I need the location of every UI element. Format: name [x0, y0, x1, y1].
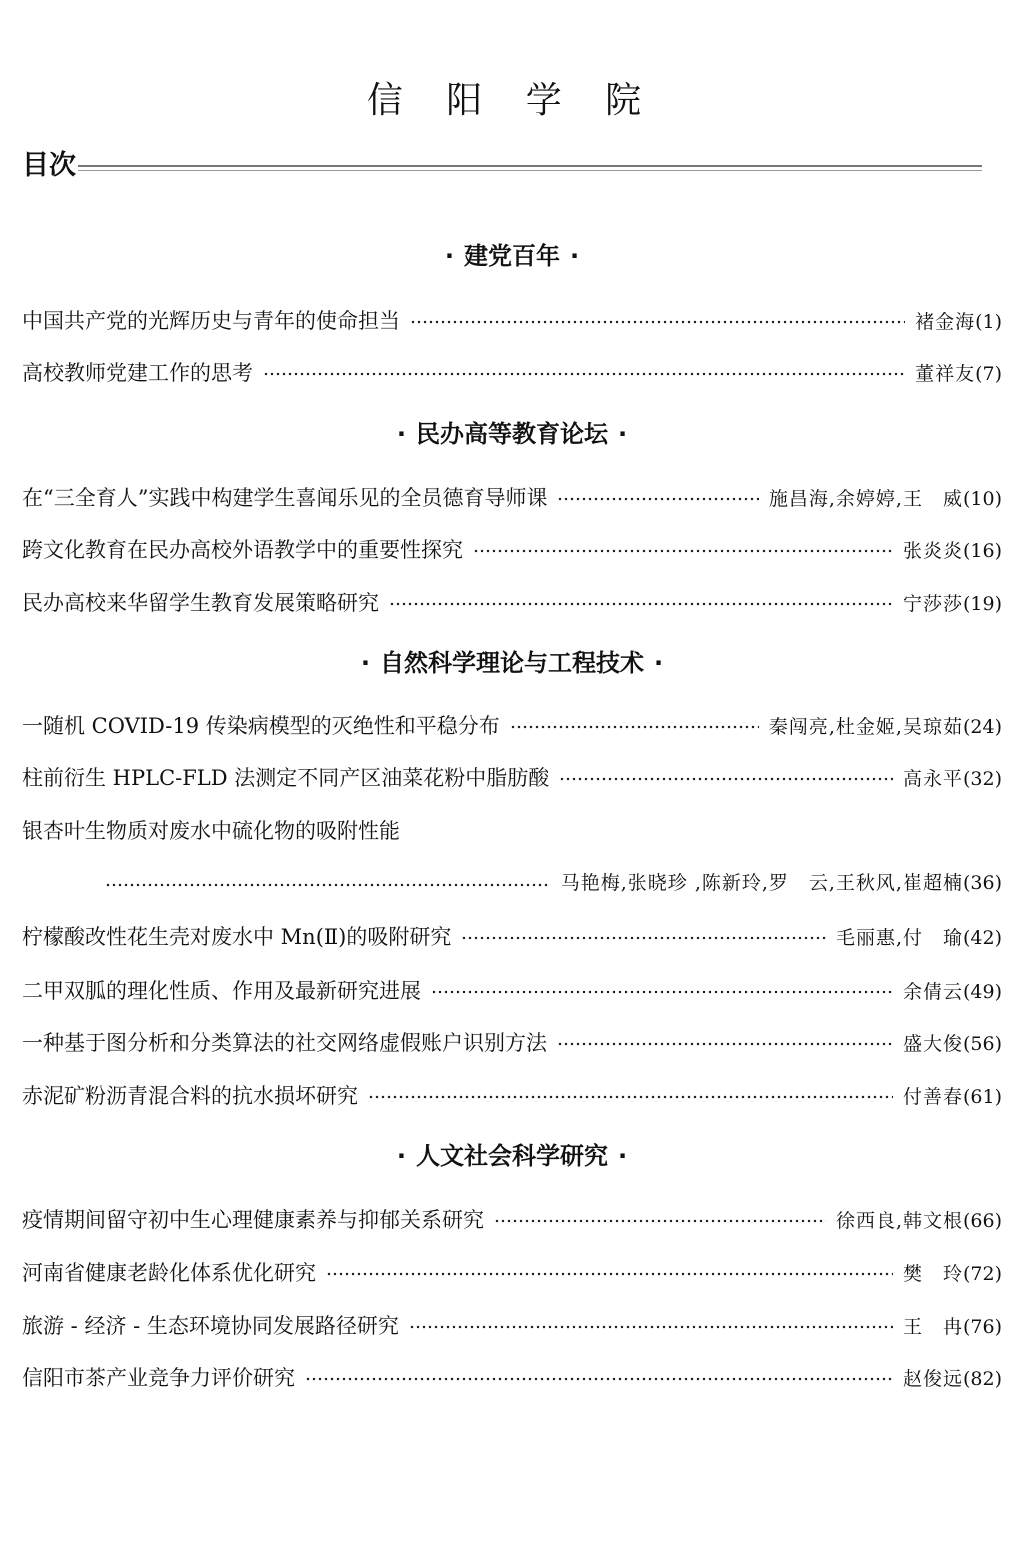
dot-leader	[368, 1095, 893, 1099]
page-number: (19)	[963, 593, 1002, 615]
dot-leader	[431, 990, 893, 994]
dot-leader	[326, 1272, 893, 1276]
bullet-dot-icon: ·	[618, 1142, 627, 1170]
article-authors: 宁莎莎	[903, 589, 963, 616]
article-authors: 马艳梅,张晓珍 ,陈新玲,罗 云,王秋风,崔超楠	[561, 868, 963, 895]
journal-title: 信 阳 学 院	[0, 72, 1024, 123]
article-title[interactable]: 河南省健康老龄化体系优化研究	[22, 1257, 316, 1287]
page-number: (66)	[963, 1210, 1002, 1232]
bullet-dot-icon: ·	[654, 649, 663, 677]
bullet-dot-icon: ·	[361, 649, 370, 677]
dot-leader	[473, 549, 893, 553]
section-heading-label: 建党百年	[464, 242, 560, 270]
article-authors: 徐西良,韩文根	[836, 1206, 963, 1233]
page-number: (72)	[963, 1263, 1002, 1285]
toc-entry[interactable]: 民办高校来华留学生教育发展策略研究 宁莎莎 (19)	[22, 587, 1002, 621]
page-number: (76)	[963, 1316, 1002, 1338]
dot-leader	[559, 777, 893, 781]
article-title[interactable]: 二甲双胍的理化性质、作用及最新研究进展	[22, 975, 421, 1005]
article-authors: 张炎炎	[903, 536, 963, 563]
dot-leader	[389, 602, 893, 606]
section-heading-label: 自然科学理论与工程技术	[380, 649, 644, 677]
article-title[interactable]: 一随机 COVID-19 传染病模型的灭绝性和平稳分布	[22, 710, 500, 740]
bullet-dot-icon: ·	[570, 242, 579, 270]
section-heading-party-centenary: ·建党百年·	[0, 236, 1024, 271]
article-authors: 高永平	[903, 764, 963, 791]
toc-entry[interactable]: 二甲双胍的理化性质、作用及最新研究进展 余倩云 (49)	[22, 975, 1002, 1009]
article-title[interactable]: 赤泥矿粉沥青混合料的抗水损坏研究	[22, 1080, 358, 1110]
toc-entry[interactable]: 河南省健康老龄化体系优化研究 樊 玲 (72)	[22, 1257, 1002, 1291]
toc-entry[interactable]: 柱前衍生 HPLC-FLD 法测定不同产区油菜花粉中脂肪酸 高永平 (32)	[22, 762, 1002, 796]
toc-entry[interactable]: 信阳市茶产业竞争力评价研究 赵俊远 (82)	[22, 1362, 1002, 1396]
article-title[interactable]: 中国共产党的光辉历史与青年的使命担当	[22, 305, 400, 335]
bullet-dot-icon: ·	[397, 420, 406, 448]
double-rule-divider	[78, 165, 982, 171]
toc-entry[interactable]: 疫情期间留守初中生心理健康素养与抑郁关系研究 徐西良,韩文根 (66)	[22, 1204, 1002, 1238]
article-authors: 余倩云	[903, 977, 963, 1004]
article-authors: 毛丽惠,付 瑜	[836, 923, 963, 950]
article-title[interactable]: 旅游 - 经济 - 生态环境协同发展路径研究	[22, 1310, 399, 1340]
article-title[interactable]: 柠檬酸改性花生壳对废水中 Mn(Ⅱ)的吸附研究	[22, 921, 451, 951]
toc-entry[interactable]: 赤泥矿粉沥青混合料的抗水损坏研究 付善春 (61)	[22, 1080, 1002, 1114]
toc-entry[interactable]: 在“三全育人”实践中构建学生喜闻乐见的全员德育导师课 施昌海,余婷婷,王 威 (…	[22, 482, 1002, 516]
toc-entry[interactable]: 旅游 - 经济 - 生态环境协同发展路径研究 王 冉 (76)	[22, 1310, 1002, 1344]
dot-leader	[263, 372, 905, 376]
page-number: (1)	[975, 311, 1002, 333]
page-number: (56)	[963, 1033, 1002, 1055]
article-authors: 樊 玲	[903, 1259, 963, 1286]
toc-entry[interactable]: 跨文化教育在民办高校外语教学中的重要性探究 张炎炎 (16)	[22, 534, 1002, 568]
dot-leader	[105, 883, 551, 887]
page-number: (24)	[963, 716, 1002, 738]
article-title[interactable]: 柱前衍生 HPLC-FLD 法测定不同产区油菜花粉中脂肪酸	[22, 762, 549, 792]
article-authors: 付善春	[903, 1082, 963, 1109]
dot-leader	[461, 936, 826, 940]
article-title[interactable]: 高校教师党建工作的思考	[22, 357, 253, 387]
dot-leader	[494, 1219, 826, 1223]
bullet-dot-icon: ·	[397, 1142, 406, 1170]
toc-page: 信 阳 学 院 目次 ·建党百年· 中国共产党的光辉历史与青年的使命担当 褚金海…	[0, 0, 1024, 1557]
toc-entry[interactable]: 柠檬酸改性花生壳对废水中 Mn(Ⅱ)的吸附研究 毛丽惠,付 瑜 (42)	[22, 921, 1002, 955]
page-number: (32)	[963, 768, 1002, 790]
page-number: (7)	[975, 363, 1002, 385]
article-authors: 盛大俊	[903, 1029, 963, 1056]
dot-leader	[557, 1042, 893, 1046]
bullet-dot-icon: ·	[618, 420, 627, 448]
article-title[interactable]: 一种基于图分析和分类算法的社交网络虚假账户识别方法	[22, 1027, 547, 1057]
page-number: (10)	[963, 488, 1002, 510]
dot-leader	[557, 497, 758, 501]
section-heading-humanities-social-sciences: ·人文社会科学研究·	[0, 1136, 1024, 1171]
section-heading-natural-science-engineering: ·自然科学理论与工程技术·	[0, 643, 1024, 678]
toc-entry[interactable]: 中国共产党的光辉历史与青年的使命担当 褚金海 (1)	[22, 305, 1002, 339]
article-title[interactable]: 疫情期间留守初中生心理健康素养与抑郁关系研究	[22, 1204, 484, 1234]
article-title[interactable]: 在“三全育人”实践中构建学生喜闻乐见的全员德育导师课	[22, 482, 547, 512]
toc-label: 目次	[22, 143, 76, 182]
section-heading-private-higher-education: ·民办高等教育论坛·	[0, 414, 1024, 449]
page-number: (42)	[963, 927, 1002, 949]
bullet-dot-icon: ·	[445, 242, 454, 270]
toc-entry[interactable]: 一种基于图分析和分类算法的社交网络虚假账户识别方法 盛大俊 (56)	[22, 1027, 1002, 1061]
toc-entry[interactable]: 一随机 COVID-19 传染病模型的灭绝性和平稳分布 秦闯亮,杜金姬,吴琼茹 …	[22, 710, 1002, 744]
article-authors: 施昌海,余婷婷,王 威	[769, 484, 963, 511]
page-number: (16)	[963, 540, 1002, 562]
dot-leader	[409, 1325, 893, 1329]
article-authors: 秦闯亮,杜金姬,吴琼茹	[769, 712, 963, 739]
article-authors: 褚金海	[915, 307, 975, 334]
page-number: (49)	[963, 981, 1002, 1003]
section-heading-label: 人文社会科学研究	[416, 1142, 608, 1170]
page-number: (82)	[963, 1368, 1002, 1390]
toc-entry-continuation: 马艳梅,张晓珍 ,陈新玲,罗 云,王秋风,崔超楠 (36)	[105, 868, 1002, 902]
dot-leader	[305, 1377, 893, 1381]
article-title[interactable]: 信阳市茶产业竞争力评价研究	[22, 1362, 295, 1392]
article-authors: 董祥友	[915, 359, 975, 386]
page-number: (61)	[963, 1086, 1002, 1108]
dot-leader	[510, 725, 759, 729]
toc-entry-title-line[interactable]: 银杏叶生物质对废水中硫化物的吸附性能	[22, 815, 1002, 849]
article-authors: 赵俊远	[903, 1364, 963, 1391]
page-number: (36)	[963, 872, 1002, 894]
dot-leader	[410, 320, 905, 324]
toc-header: 目次	[22, 142, 982, 182]
article-title[interactable]: 民办高校来华留学生教育发展策略研究	[22, 587, 379, 617]
toc-entry[interactable]: 高校教师党建工作的思考 董祥友 (7)	[22, 357, 1002, 391]
article-title[interactable]: 银杏叶生物质对废水中硫化物的吸附性能	[22, 815, 400, 845]
article-title[interactable]: 跨文化教育在民办高校外语教学中的重要性探究	[22, 534, 463, 564]
article-authors: 王 冉	[903, 1312, 963, 1339]
section-heading-label: 民办高等教育论坛	[416, 420, 608, 448]
